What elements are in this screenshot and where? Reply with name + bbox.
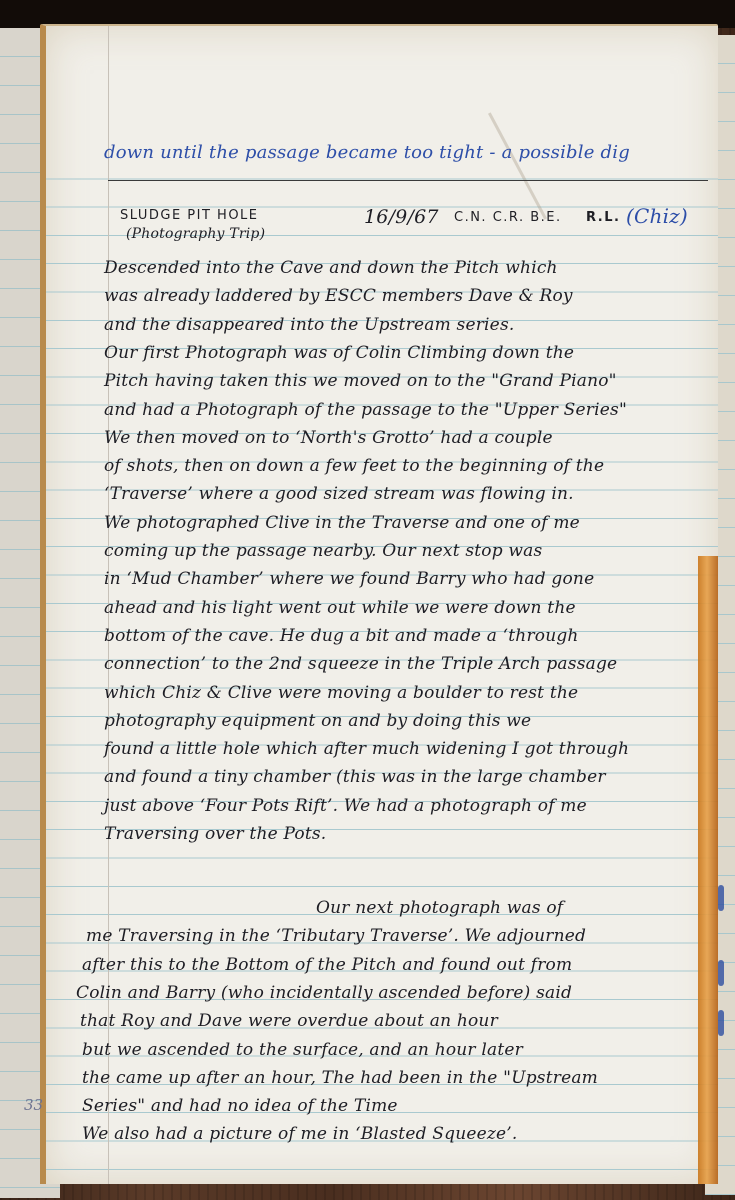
handwritten-line: Traversing over the Pots.: [104, 824, 326, 844]
handwritten-line: me Traversing in the ‘Tributary Traverse…: [86, 926, 586, 946]
handwritten-line: after this to the Bottom of the Pitch an…: [82, 955, 572, 975]
handwritten-line: was already laddered by ESCC members Dav…: [104, 286, 573, 306]
entry-party-extra: R.L.: [586, 210, 620, 225]
handwritten-line: that Roy and Dave were overdue about an …: [80, 1011, 498, 1031]
handwritten-line: ahead and his light went out while we we…: [104, 598, 576, 618]
handwritten-line: Pitch having taken this we moved on to t…: [104, 371, 617, 391]
handwritten-line: in ‘Mud Chamber’ where we found Barry wh…: [104, 569, 594, 589]
page-text: down until the passage became too tight …: [46, 26, 718, 1184]
handwritten-line: and the disappeared into the Upstream se…: [104, 315, 514, 335]
handwritten-line: We also had a picture of me in ‘Blasted …: [82, 1124, 518, 1144]
handwritten-line: and had a Photograph of the passage to t…: [104, 400, 627, 420]
adjacent-page-ink-mark: [718, 885, 724, 911]
entry-party: C.N. C.R. B.E.: [454, 210, 562, 225]
handwritten-line: coming up the passage nearby. Our next s…: [104, 541, 542, 561]
handwritten-line: connection’ to the 2nd squeeze in the Tr…: [104, 654, 617, 674]
handwritten-line: Colin and Barry (who incidentally ascend…: [76, 983, 572, 1003]
handwritten-line: Series" and had no idea of the Time: [82, 1096, 398, 1116]
handwritten-line: Our first Photograph was of Colin Climbi…: [104, 343, 574, 363]
handwritten-line: ‘Traverse’ where a good sized stream was…: [104, 484, 574, 504]
handwritten-line: We then moved on to ‘North's Grotto’ had…: [104, 428, 553, 448]
handwritten-line: the came up after an hour, The had been …: [82, 1068, 598, 1088]
entry-date: 16/9/67: [364, 206, 439, 228]
carry-over-line: down until the passage became too tight …: [104, 142, 630, 163]
handwritten-line: which Chiz & Clive were moving a boulder…: [104, 683, 578, 703]
handwritten-line: but we ascended to the surface, and an h…: [82, 1040, 523, 1060]
entry-subtitle: (Photography Trip): [126, 226, 265, 242]
adjacent-page-ink-mark: [718, 960, 724, 986]
page-number: 33: [24, 1096, 43, 1114]
handwritten-line: and found a tiny chamber (this was in th…: [104, 767, 606, 787]
logbook-page: down until the passage became too tight …: [40, 24, 718, 1184]
entry-location: SLUDGE PIT HOLE: [120, 208, 259, 223]
entry-author: (Chiz): [626, 204, 688, 228]
handwritten-line: just above ‘Four Pots Rift’. We had a ph…: [104, 796, 587, 816]
handwritten-line: photography equipment on and by doing th…: [104, 711, 531, 731]
handwritten-line: Our next photograph was of: [316, 898, 563, 918]
handwritten-line: found a little hole which after much wid…: [104, 739, 629, 759]
entry-divider: [108, 180, 708, 181]
adjacent-page-ink-mark: [718, 1010, 724, 1036]
handwritten-line: bottom of the cave. He dug a bit and mad…: [104, 626, 579, 646]
handwritten-line: Descended into the Cave and down the Pit…: [104, 258, 558, 278]
handwritten-line: of shots, then on down a few feet to the…: [104, 456, 604, 476]
handwritten-line: We photographed Clive in the Traverse an…: [104, 513, 580, 533]
